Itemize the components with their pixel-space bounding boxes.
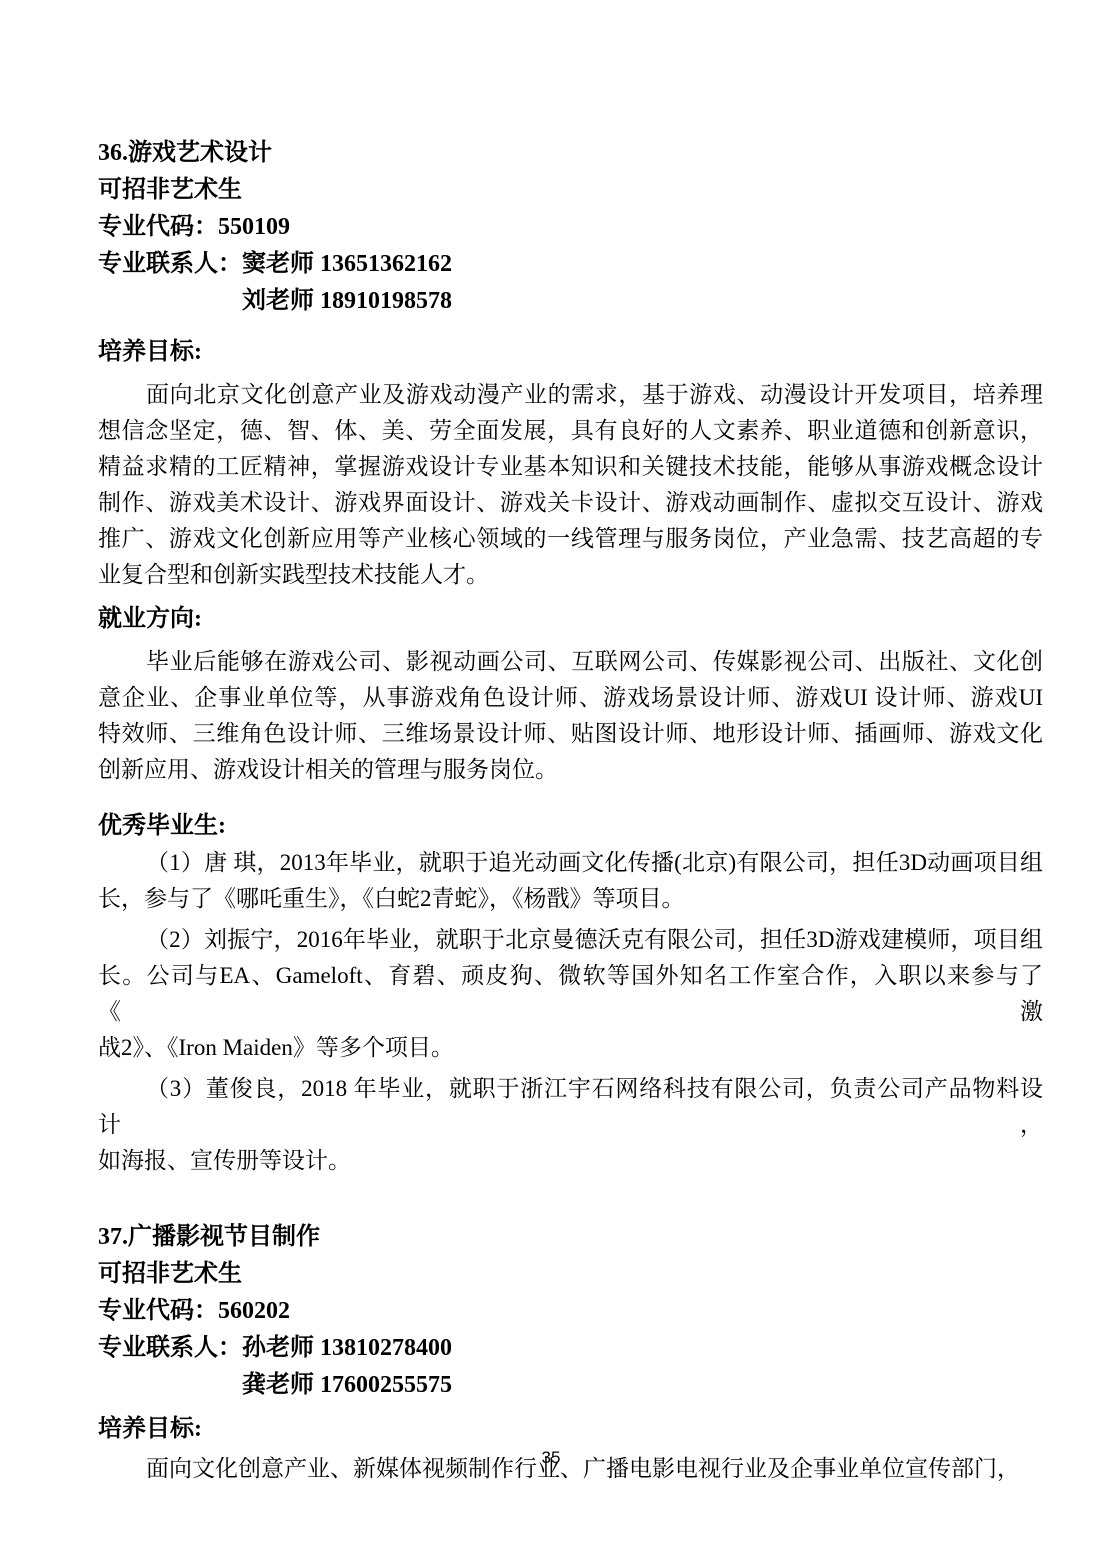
major-37-contact-primary: 专业联系人：孙老师 13810278400 [98, 1330, 1043, 1367]
text-line: 战2》、《Iron Maiden》等多个项目。 [98, 1030, 1043, 1066]
major-36-admission-note: 可招非艺术生 [98, 172, 1043, 209]
text-line: 推广、游戏文化创新应用等产业核心领域的一线管理与服务岗位，产业急需、技艺高超的专 [98, 521, 1043, 557]
text-line: 业复合型和创新实践型技术技能人才。 [98, 557, 1043, 593]
text-line: 长。公司与EA、Gameloft、育碧、顽皮狗、微软等国外知名工作室合作，入职以… [98, 958, 1043, 1030]
text-line: （3）董俊良，2018 年毕业，就职于浙江宇石网络科技有限公司，负责公司产品物料… [98, 1071, 1043, 1143]
major-36-code: 专业代码：550109 [98, 209, 1043, 246]
employment-paragraph: 毕业后能够在游戏公司、影视动画公司、互联网公司、传媒影视公司、出版社、文化创 意… [98, 644, 1043, 788]
document-page: 36.游戏艺术设计 可招非艺术生 专业代码：550109 专业联系人：窦老师 1… [0, 0, 1102, 1559]
major-36-heading: 36.游戏艺术设计 [98, 135, 1043, 172]
text-line: 特效师、三维角色设计师、三维场景设计师、贴图设计师、地形设计师、插画师、游戏文化 [98, 716, 1043, 752]
major-37-contact-secondary: 龚老师 17600255575 [98, 1367, 1043, 1404]
major-36-contact-primary: 专业联系人：窦老师 13651362162 [98, 246, 1043, 283]
major-37-heading: 37.广播影视节目制作 [98, 1219, 1043, 1256]
employment-heading: 就业方向: [98, 601, 1043, 638]
graduate-2-paragraph: （2）刘振宁，2016年毕业，就职于北京曼德沃克有限公司，担任3D游戏建模师，项… [98, 922, 1043, 1066]
text-line: （1）唐 琪，2013年毕业，就职于追光动画文化传播(北京)有限公司，担任3D动… [98, 845, 1043, 881]
text-line: 毕业后能够在游戏公司、影视动画公司、互联网公司、传媒影视公司、出版社、文化创 [98, 644, 1043, 680]
text-line: 创新应用、游戏设计相关的管理与服务岗位。 [98, 752, 1043, 788]
graduate-1-paragraph: （1）唐 琪，2013年毕业，就职于追光动画文化传播(北京)有限公司，担任3D动… [98, 845, 1043, 917]
major-36-contact-secondary: 刘老师 18910198578 [98, 283, 1043, 320]
text-line: 面向北京文化创意产业及游戏动漫产业的需求，基于游戏、动漫设计开发项目，培养理 [98, 377, 1043, 413]
graduates-heading: 优秀毕业生: [98, 808, 1043, 845]
page-number: 35 [0, 1446, 1102, 1470]
text-line: 如海报、宣传册等设计。 [98, 1143, 1043, 1179]
text-line: 意企业、企事业单位等，从事游戏角色设计师、游戏场景设计师、游戏UI 设计师、游戏… [98, 680, 1043, 716]
graduate-3-paragraph: （3）董俊良，2018 年毕业，就职于浙江宇石网络科技有限公司，负责公司产品物料… [98, 1071, 1043, 1179]
objective-paragraph: 面向北京文化创意产业及游戏动漫产业的需求，基于游戏、动漫设计开发项目，培养理 想… [98, 377, 1043, 593]
major-37-admission-note: 可招非艺术生 [98, 1256, 1043, 1293]
major-37-code: 专业代码：560202 [98, 1293, 1043, 1330]
objective-heading: 培养目标: [98, 1411, 1043, 1448]
page-content: 36.游戏艺术设计 可招非艺术生 专业代码：550109 专业联系人：窦老师 1… [98, 135, 1043, 1487]
text-line: 长，参与了《哪吒重生》，《白蛇2青蛇》，《杨戬》等项目。 [98, 881, 1043, 917]
text-line: 精益求精的工匠精神，掌握游戏设计专业基本知识和关键技术技能，能够从事游戏概念设计 [98, 449, 1043, 485]
objective-heading: 培养目标: [98, 334, 1043, 371]
text-line: 制作、游戏美术设计、游戏界面设计、游戏关卡设计、游戏动画制作、虚拟交互设计、游戏 [98, 485, 1043, 521]
section-major-36: 36.游戏艺术设计 可招非艺术生 专业代码：550109 专业联系人：窦老师 1… [98, 135, 1043, 1179]
text-line: （2）刘振宁，2016年毕业，就职于北京曼德沃克有限公司，担任3D游戏建模师，项… [98, 922, 1043, 958]
text-line: 想信念坚定，德、智、体、美、劳全面发展，具有良好的人文素养、职业道德和创新意识， [98, 413, 1043, 449]
